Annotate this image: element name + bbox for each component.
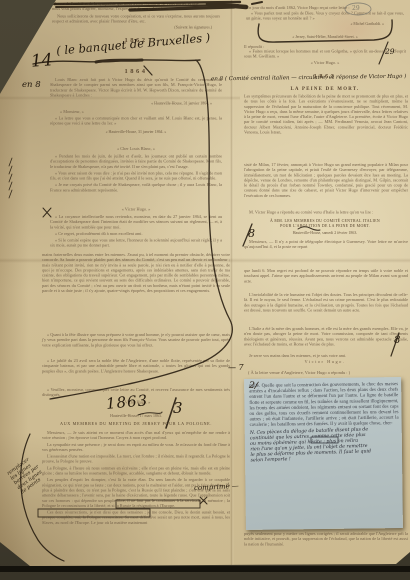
- pencil-circled-number: 29: [352, 5, 360, 12]
- printed-paragraph: Nous solliciterons de nouveau votre coop…: [52, 14, 220, 24]
- annotation-folio-29: 29: [385, 47, 395, 56]
- dateline-hauteville: Hauteville-House, 17 mars 1863.: [50, 414, 222, 419]
- dateline: « Hauteville-House, 31 janvier 1864. »: [50, 101, 212, 106]
- editorial-intro: Un jour du mois d'août 1862, Victor Hugo…: [246, 5, 404, 10]
- annotation-2-slash: 2/: [249, 381, 258, 392]
- year-heading-1864: 1864: [52, 67, 220, 75]
- annotation-folio-3: 3: [173, 399, 183, 417]
- quoted-letter: « Vous parlez tout seul près de Dieu. Vo…: [246, 11, 404, 21]
- dateline: « Hauteville-House, 31 janvier 1864. »: [50, 130, 222, 135]
- article-title-peine-de-mort: LA PEINE DE MORT.: [246, 86, 404, 92]
- letter-body: « Pendant les mois de juin, de juillet e…: [50, 154, 222, 193]
- letter-body: « La croyance intellectuelle nous revien…: [50, 214, 222, 248]
- salutation-cher-louis-blanc: « Cher Louis Blanc, »: [50, 146, 222, 151]
- slip-content: mille. Quelle que soit la construction d…: [249, 381, 399, 463]
- margin-slash: [33, 2, 37, 13]
- annotation-folio-8b: 8: [394, 335, 400, 346]
- letter-paragraph: « Vous avez raison de vous dire : je n'a…: [50, 170, 222, 180]
- letter-paragraph: « Pendant les mois de juin, de juillet e…: [50, 154, 222, 169]
- photographed-proof-page: adresse de l'amitié et de la sympathie q…: [0, 0, 410, 580]
- letter-paragraph: « Je me croyais privé du Comité de Shake…: [50, 182, 222, 192]
- salutation: « Monsieur, »: [60, 109, 160, 114]
- letter-paragraph: que lundi 6. Mon regret est profond de n…: [244, 268, 408, 283]
- slip-printed-text: mille. Quelle que soit la construction d…: [249, 381, 399, 428]
- letter-paragraph: L'inviolabilité de la vie humaine est l'…: [244, 292, 408, 313]
- annotation-number-14: 14: [30, 50, 53, 71]
- annotation-year-1863: 1863: [105, 391, 149, 413]
- article-lead: M. Victor Hugo a répondu au comité venu …: [244, 210, 408, 215]
- address-jersey: « Jersey, Saint-Hélier, Mansfield-Street…: [246, 35, 404, 40]
- margin-tick-marks: [9, 158, 12, 198]
- letter-header-abolition: POUR L'ABOLITION DE LA PEINE DE MORT.: [246, 224, 404, 229]
- letter-paragraph: L'Italie a été la mère des grands hommes…: [244, 326, 408, 347]
- article-conclusion: puyés seulement pour y mettre ces lignes…: [244, 531, 408, 546]
- signature-note: (Suivent les signatures.): [52, 25, 212, 30]
- paper-sheet: adresse de l'amitié et de la sympathie q…: [0, 0, 410, 580]
- signature-victor-hugo: « Victor Hugo. »: [246, 60, 404, 65]
- dense-letter-block: mains fraternelles deux mains entre les …: [42, 252, 230, 293]
- photo-bottom-band: [0, 566, 410, 572]
- letter-closing: Je serre vos mains dans les miennes, et …: [244, 353, 408, 358]
- annotation-en-8: en 8: [22, 80, 41, 90]
- slip-manuscript-note: N. Ces pièces du déluge de bataille dise…: [250, 425, 400, 462]
- editorial-note-shakespeare: Louis Blanc avait fait part à Victor Hug…: [50, 77, 222, 98]
- signature-victor-hugo: Victor Hugo.: [246, 359, 404, 364]
- letter-paragraph: « Si le comité espère que vous une lettr…: [50, 238, 222, 248]
- annotation-dash-7: — 7: [228, 363, 244, 372]
- article-block: sisté de Milan, 17 février, annonçait à …: [244, 162, 408, 198]
- letter-paragraph: La sympathie est une présence ; je serai…: [42, 442, 230, 452]
- letter-paragraph: « Le jubilé du 23 avril sera la noble fê…: [42, 358, 230, 373]
- letter-paragraph: Messieurs, — Il n'y a point de télégraph…: [244, 239, 408, 249]
- annotation-folio-8: 8: [248, 227, 255, 240]
- struck-out-line: nous vous prions d'agréer, monsieur, l'e…: [52, 6, 220, 11]
- dateline-hauteville: Hauteville-House, samedi 2 février 1863.: [246, 231, 404, 236]
- reply-quote: « Faites mieux lorsque les hommes mal et…: [244, 49, 406, 59]
- letter-paragraph: « La croyance intellectuelle nous revien…: [50, 214, 222, 229]
- pasted-proof-slip: mille. Quelle que soit la construction d…: [244, 377, 403, 530]
- signature-garibaldi: « Michel Garibaldi. »: [246, 22, 384, 27]
- letter-paragraph: « Quant à la fête illustre que vous prép…: [42, 332, 230, 347]
- reply-england-line: ( À la lettre venue d'Angleterre, Victor…: [248, 370, 403, 375]
- letter-paragraph: « Ce regret, profondément dû à mon excel…: [50, 231, 222, 236]
- letter-paragraph: « La lettre que vous a communiquée mon c…: [50, 116, 222, 126]
- signature-victor-hugo: « Victor Hugo. »: [50, 207, 222, 212]
- letter-paragraph: Ces deux résurrections, je n'en dirai qu…: [42, 510, 230, 525]
- article-block: Les symptômes précurseurs de l'abolition…: [244, 94, 408, 135]
- letter-paragraph: Messieurs, — Je suis atteint en ce momen…: [42, 430, 230, 440]
- meeting-jersey-header: AUX MEMBRES DU MEETING DE JERSEY POUR LA…: [50, 422, 222, 427]
